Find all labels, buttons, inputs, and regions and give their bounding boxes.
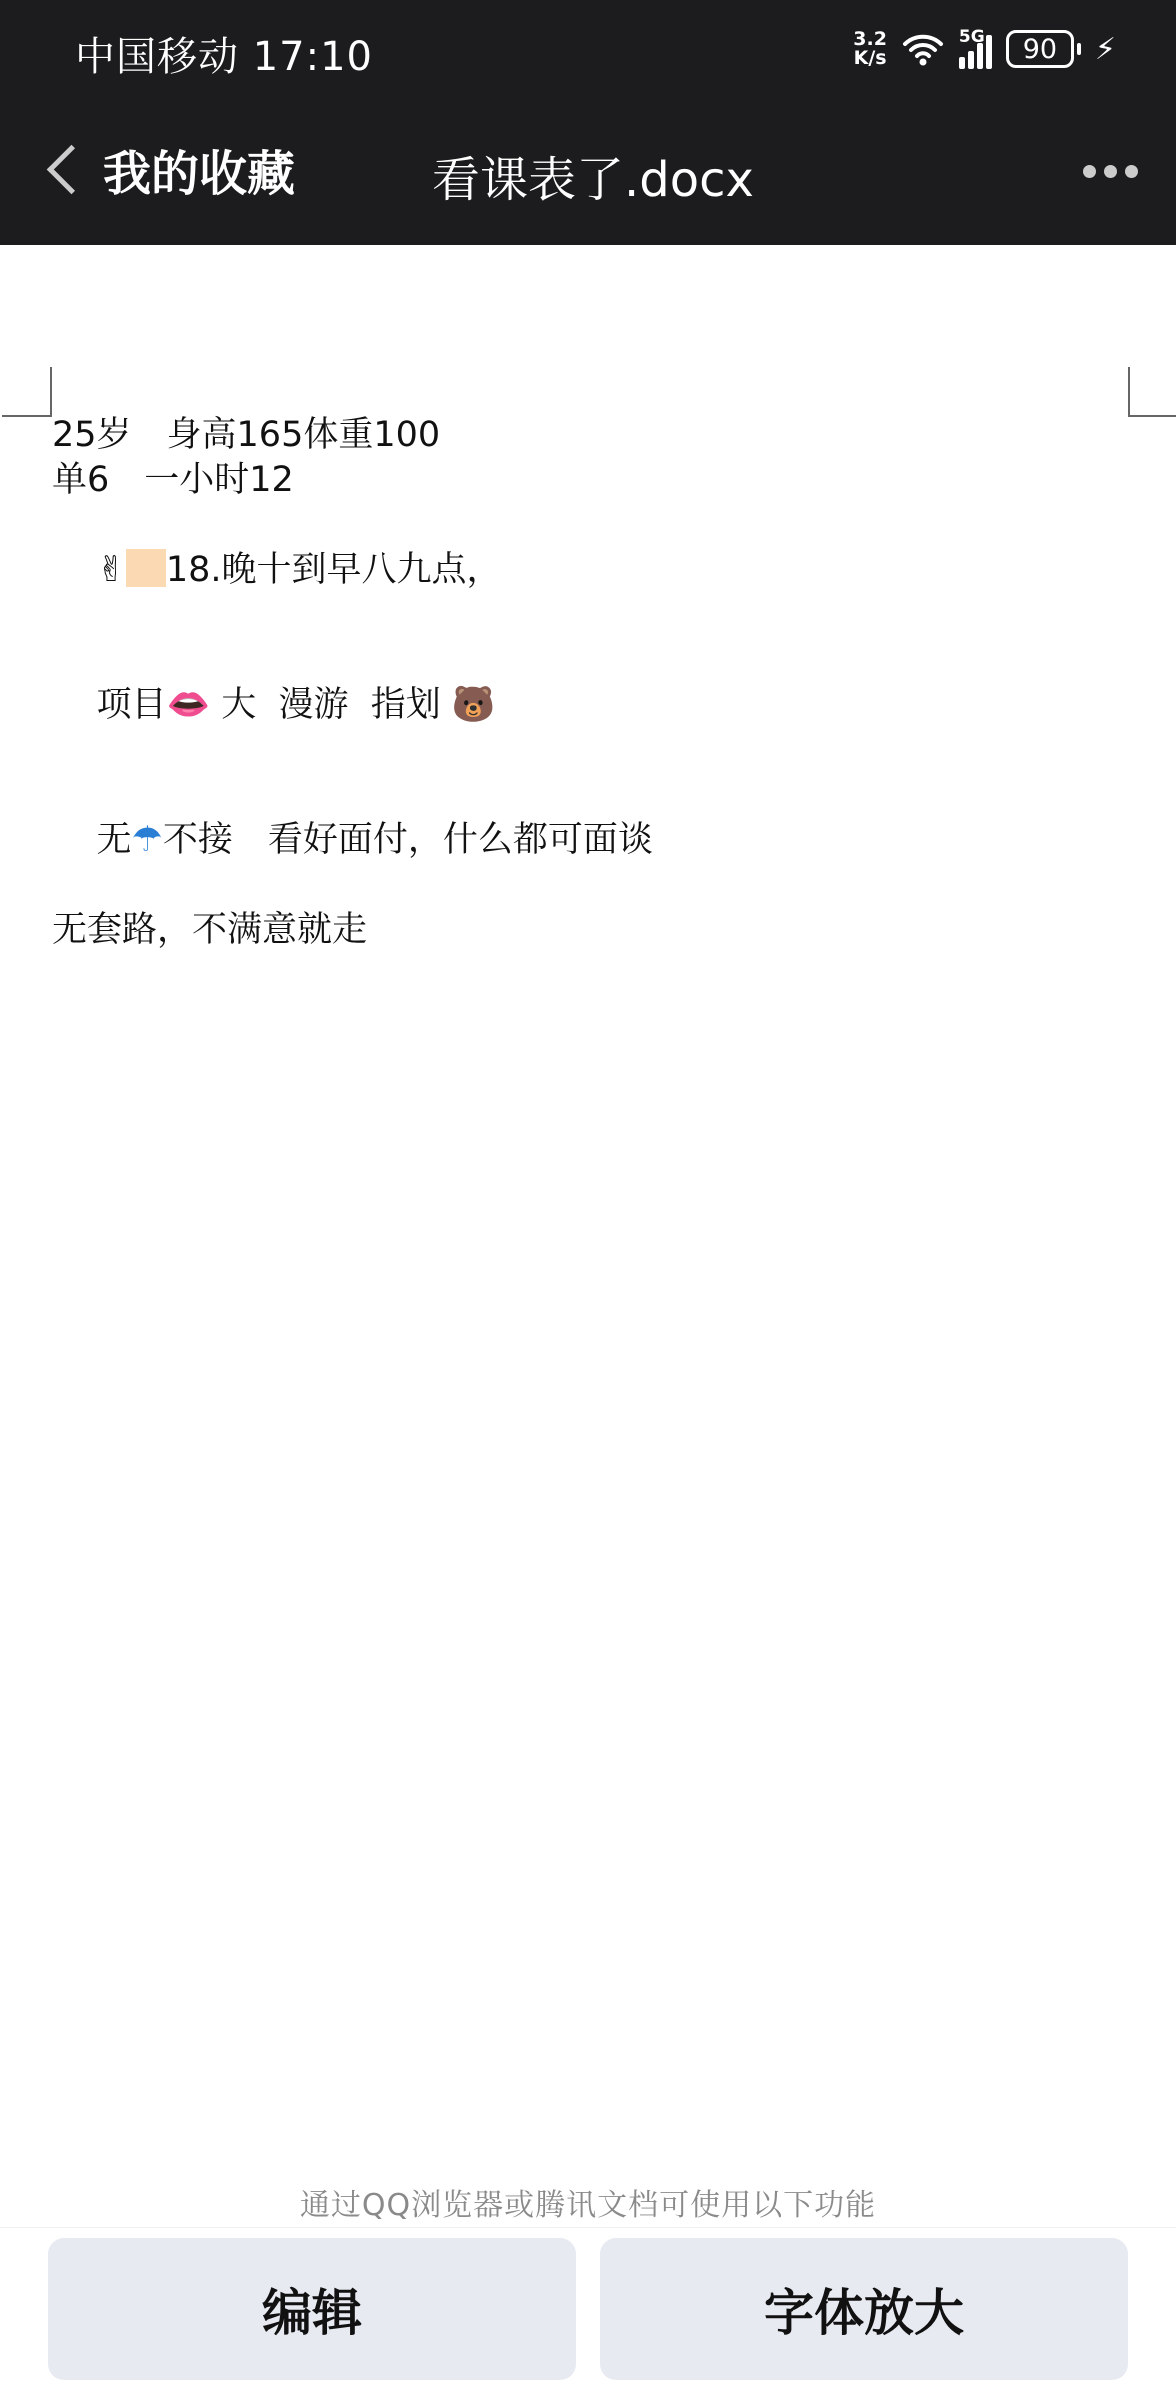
status-icons: 3.2 K/s 5G 90 ⚡ — [853, 26, 1116, 72]
doc-text: 项目 — [97, 685, 167, 725]
more-icon[interactable] — [1083, 165, 1138, 178]
feature-hint: 通过QQ浏览器或腾讯文档可使用以下功能 — [0, 2180, 1176, 2224]
edit-button[interactable]: 编辑 — [48, 2238, 576, 2380]
wifi-icon — [901, 32, 945, 66]
battery-icon: 90 — [1006, 30, 1081, 68]
bear-emoji: 🐻 — [452, 685, 496, 725]
carrier-name: 中国移动 — [75, 34, 239, 80]
page-title: 看课表了.docx — [432, 141, 754, 210]
net-speed-unit: K/s — [853, 49, 887, 68]
lips-emoji: 👄 — [167, 685, 211, 725]
enlarge-font-button[interactable]: 字体放大 — [600, 2238, 1128, 2380]
page-corner-mark-left — [2, 367, 52, 417]
top-bar: 中国移动 17:10 3.2 K/s 5G 90 — [0, 0, 1176, 245]
doc-line: 无☂不接 看好面付，什么都可面谈 — [52, 773, 653, 908]
umbrella-emoji: ☂ — [132, 820, 163, 860]
doc-text: 18.晚十到早八九点， — [166, 550, 502, 590]
enlarge-font-label: 字体放大 — [764, 2273, 964, 2345]
charging-icon: ⚡ — [1095, 32, 1116, 67]
signal-icon: 5G — [959, 29, 992, 69]
chevron-left-icon — [47, 145, 96, 194]
back-label: 我的收藏 — [103, 135, 295, 204]
doc-text: 不接 看好面付，什么都可面谈 — [163, 820, 653, 860]
victory-hand-emoji: ✌ — [97, 550, 126, 590]
bottom-action-bar: 编辑 字体放大 — [0, 2227, 1176, 2400]
page-corner-mark-right — [1128, 367, 1176, 417]
skin-tone-swatch — [126, 549, 166, 587]
net-speed: 3.2 K/s — [853, 30, 887, 68]
doc-line: 单6 一小时12 — [52, 458, 653, 503]
doc-line: 无套路，不满意就走 — [52, 908, 653, 953]
doc-text: 无 — [97, 820, 132, 860]
nav-bar: 我的收藏 看课表了.docx — [0, 115, 1176, 225]
network-type: 5G — [959, 27, 985, 47]
edit-label: 编辑 — [262, 2273, 362, 2345]
battery-level: 90 — [1023, 34, 1057, 65]
clock: 17:10 — [253, 34, 373, 80]
status-bar: 中国移动 17:10 3.2 K/s 5G 90 — [0, 0, 1176, 100]
doc-line: 项目👄 大 漫游 指划 🐻 — [52, 638, 653, 773]
document-body: 25岁 身高165体重100 单6 一小时12 ✌18.晚十到早八九点， 项目👄… — [52, 413, 653, 953]
back-button[interactable]: 我的收藏 — [40, 135, 295, 204]
doc-text: 大 漫游 指划 — [210, 685, 452, 725]
doc-line: 25岁 身高165体重100 — [52, 413, 653, 458]
carrier-time: 中国移动 17:10 — [75, 25, 373, 82]
doc-line: ✌18.晚十到早八九点， — [52, 503, 653, 638]
